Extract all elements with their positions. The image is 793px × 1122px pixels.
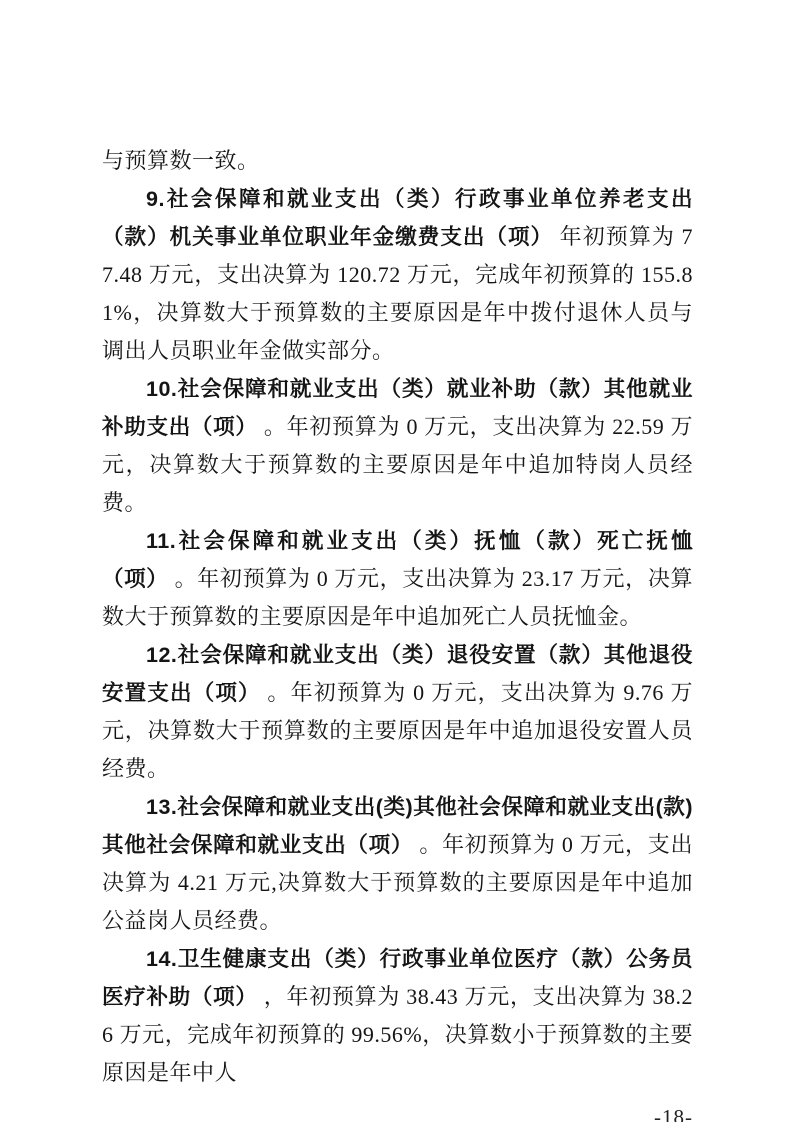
page-number: -18- (102, 1104, 693, 1122)
paragraph-item-11: 11.社会保障和就业支出（类）抚恤（款）死亡抚恤（项） 。年初预算为 0 万元，… (102, 522, 693, 636)
paragraph-item-12: 12.社会保障和就业支出（类）退役安置（款）其他退役安置支出（项） 。年初预算为… (102, 636, 693, 788)
paragraph-item-10: 10.社会保障和就业支出（类）就业补助（款）其他就业补助支出（项） 。年初预算为… (102, 370, 693, 522)
item-11-body: 。年初预算为 0 万元，支出决算为 23.17 万元，决算数大于预算数的主要原因… (102, 566, 693, 629)
paragraph-item-14: 14.卫生健康支出（类）行政事业单位医疗（款）公务员医疗补助（项） ，年初预算为… (102, 940, 693, 1092)
paragraph-item-13: 13.社会保障和就业支出(类)其他社会保障和就业支出(款)其他社会保障和就业支出… (102, 788, 693, 940)
paragraph-continuation: 与预算数一致。 (102, 142, 693, 180)
paragraph-item-9: 9.社会保障和就业支出（类）行政事业单位养老支出（款）机关事业单位职业年金缴费支… (102, 180, 693, 370)
document-page: 与预算数一致。 9.社会保障和就业支出（类）行政事业单位养老支出（款）机关事业单… (0, 0, 793, 1122)
document-text-block: 与预算数一致。 9.社会保障和就业支出（类）行政事业单位养老支出（款）机关事业单… (102, 142, 693, 1092)
continuation-text: 与预算数一致。 (102, 148, 260, 173)
